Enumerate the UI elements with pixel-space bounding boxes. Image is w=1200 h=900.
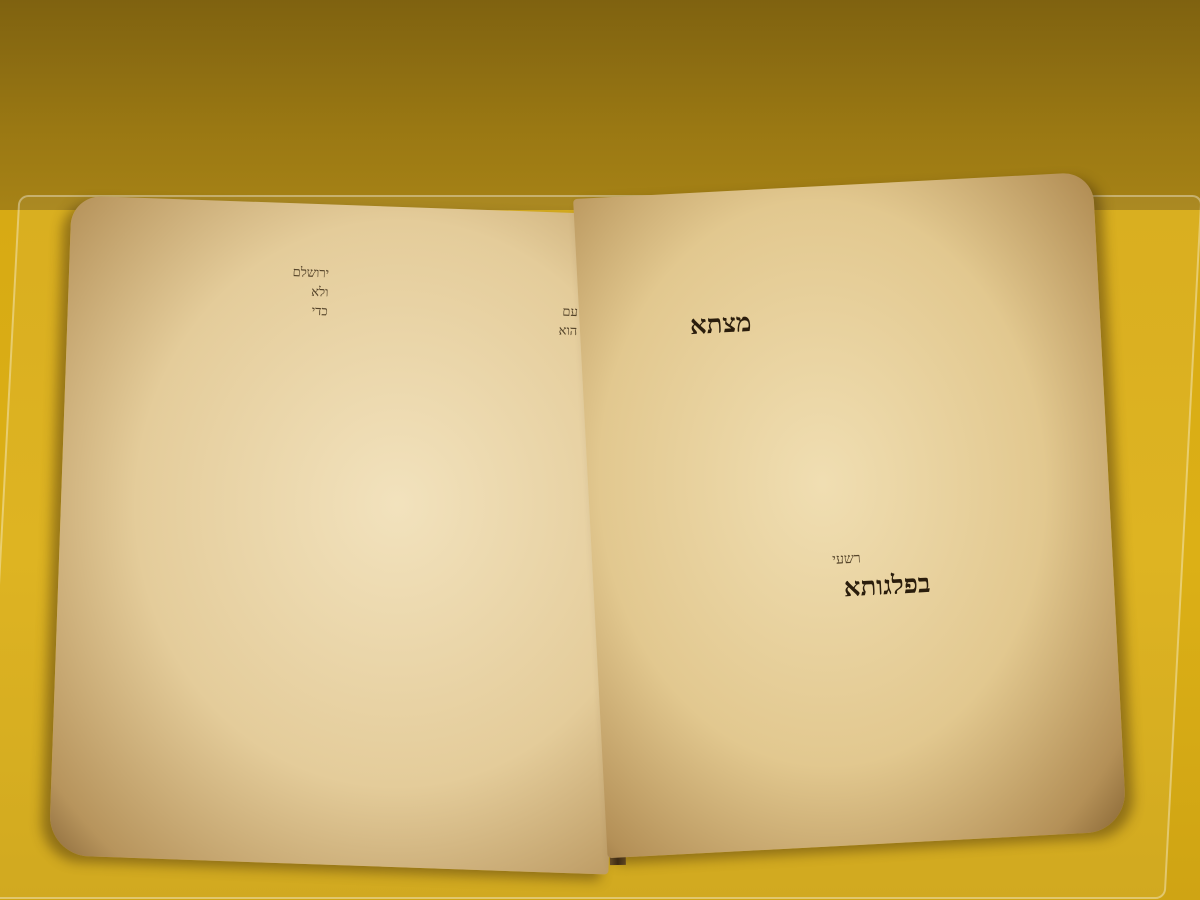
manuscript-book: ירושלםולאכדי עםהוא מצתא בפלגותא רשעי: [20, 185, 1150, 885]
left-page: ירושלםולאכדי עםהוא: [49, 195, 632, 874]
left-page-column-1: ירושלםולאכדי: [90, 257, 329, 824]
right-page-subheading: בפלגותא: [843, 569, 931, 603]
right-page: מצתא בפלגותא רשעי: [573, 172, 1127, 858]
margin-note: רשעי: [832, 550, 861, 570]
right-page-heading: מצתא: [689, 308, 752, 341]
left-page-column-2: עםהוא: [340, 295, 578, 822]
